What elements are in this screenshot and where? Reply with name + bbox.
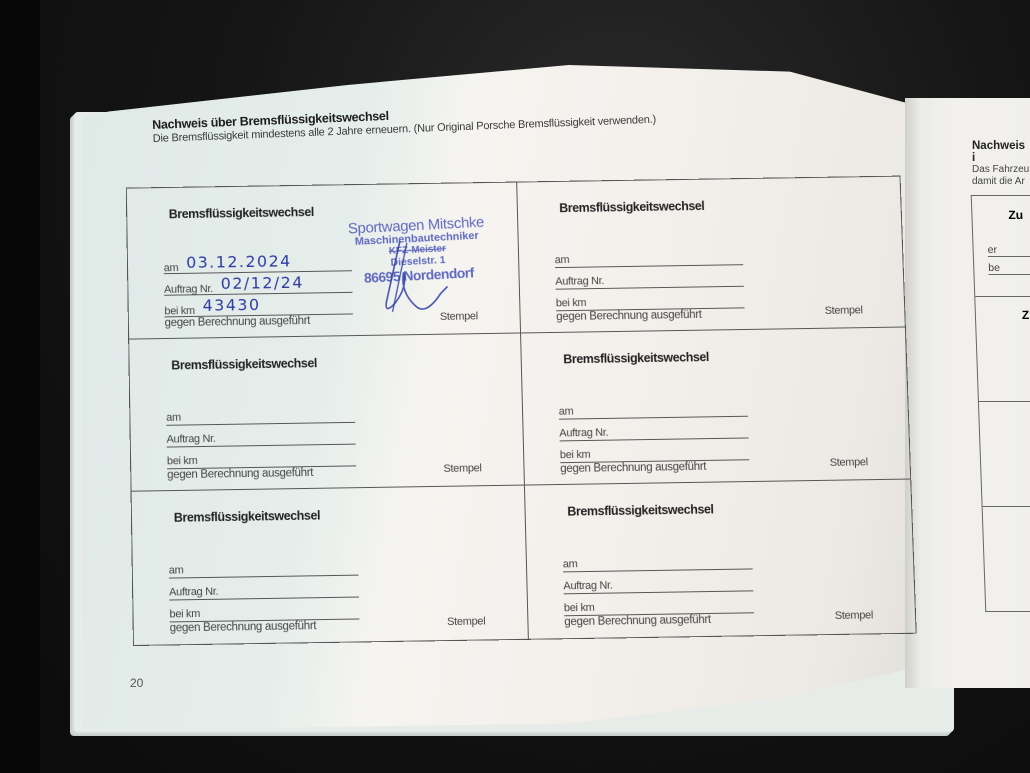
order-number-field[interactable]: Auftrag Nr. (555, 269, 744, 290)
entry-title: Bremsflüssigkeitswechsel (174, 509, 320, 525)
charged-label: gegen Berechnung ausgeführt (556, 309, 702, 323)
date-field[interactable]: am (554, 248, 743, 269)
service-record-grid: Bremsflüssigkeitswechsel am03.12.2024 Au… (126, 176, 917, 646)
stamp-label: Stempel (835, 609, 874, 622)
charged-label: gegen Berechnung ausgeführt (560, 461, 706, 475)
stamp-label: Stempel (443, 462, 481, 474)
mileage-value: 43430 (202, 295, 260, 315)
order-number-field[interactable]: Auftrag Nr. (166, 427, 355, 448)
stamp-label: Stempel (447, 616, 486, 629)
date-label: am (169, 564, 184, 576)
date-field[interactable]: am (563, 552, 753, 573)
mileage-label: bei km (564, 602, 595, 614)
mileage-field[interactable]: bei km (564, 595, 754, 616)
charged-label: gegen Berechnung ausgeführt (564, 614, 711, 628)
right-page-subtitle-2: damit die Ar (972, 176, 1030, 188)
right-page-title: Nachweis i (972, 140, 1030, 164)
entry-title: Bremsflüssigkeitswechsel (169, 205, 314, 221)
mileage-label: bei km (560, 449, 591, 461)
date-label: am (559, 406, 574, 418)
right-box-divider (979, 401, 1030, 402)
mileage-label: bei km (164, 305, 195, 317)
entry-title: Bremsflüssigkeitswechsel (563, 350, 709, 366)
date-label: am (555, 254, 570, 266)
signature-icon (355, 232, 466, 322)
entry-title: Bremsflüssigkeitswechsel (171, 356, 317, 372)
date-field[interactable]: am (166, 405, 355, 426)
order-number-label: Auftrag Nr. (559, 427, 608, 440)
background-dark-edge (0, 0, 40, 773)
right-box-divider (983, 506, 1030, 507)
order-number-field[interactable]: Auftrag Nr. (559, 421, 748, 442)
service-entry: Bremsflüssigkeitswechsel am Auftrag Nr. … (517, 177, 905, 334)
right-box-field-2: be (988, 262, 1030, 275)
service-entry: Bremsflüssigkeitswechsel am Auftrag Nr. … (525, 480, 916, 639)
mileage-field[interactable]: bei km43430 (164, 297, 353, 318)
entry-title: Bremsflüssigkeitswechsel (567, 502, 714, 518)
right-page-header: Nachweis i Das Fahrzeu damit die Ar (972, 140, 1030, 188)
service-entry: Bremsflüssigkeitswechsel am Auftrag Nr. … (129, 333, 525, 491)
mileage-field[interactable]: bei km (167, 449, 356, 470)
mileage-label: bei km (556, 297, 587, 309)
entry-title: Bremsflüssigkeitswechsel (559, 199, 704, 215)
order-number-label: Auftrag Nr. (555, 275, 604, 288)
stamp-label: Stempel (830, 456, 868, 468)
order-number-field[interactable]: Auftrag Nr. (169, 580, 359, 601)
mileage-label: bei km (167, 455, 198, 467)
order-number-label: Auftrag Nr. (166, 433, 215, 446)
stamp-label: Stempel (824, 305, 862, 317)
date-field[interactable]: am (558, 399, 747, 420)
date-label: am (563, 558, 578, 570)
order-number-value: 02/12/24 (221, 273, 304, 293)
right-box-divider (975, 296, 1030, 297)
right-box-field-1: er (987, 244, 1030, 257)
order-number-label: Auftrag Nr. (563, 580, 613, 593)
mileage-field[interactable]: bei km (556, 291, 745, 312)
right-page-subtitle-1: Das Fahrzeu (972, 164, 1030, 176)
date-value: 03.12.2024 (186, 252, 292, 272)
order-number-field[interactable]: Auftrag Nr. (563, 573, 753, 594)
service-entry: Bremsflüssigkeitswechsel am Auftrag Nr. … (132, 486, 529, 645)
date-label: am (166, 412, 181, 424)
page-number: 20 (130, 676, 143, 690)
mileage-label: bei km (169, 608, 200, 620)
mileage-field[interactable]: bei km (169, 602, 359, 623)
service-entry: Bremsflüssigkeitswechsel am03.12.2024 Au… (127, 183, 521, 340)
date-field[interactable]: am (169, 558, 359, 579)
charged-label: gegen Berechnung ausgeführt (167, 467, 313, 481)
right-box-title: Zu (1008, 208, 1023, 222)
date-field[interactable]: am03.12.2024 (164, 254, 352, 275)
charged-label: gegen Berechnung ausgeführt (165, 315, 311, 329)
order-number-field[interactable]: Auftrag Nr.02/12/24 (164, 275, 353, 296)
date-label: am (164, 262, 179, 274)
charged-label: gegen Berechnung ausgeführt (170, 620, 317, 634)
mileage-field[interactable]: bei km (560, 442, 750, 463)
service-entry: Bremsflüssigkeitswechsel am Auftrag Nr. … (521, 327, 910, 485)
order-number-label: Auftrag Nr. (164, 283, 213, 296)
right-box-title-2: Z (1022, 308, 1030, 322)
order-number-label: Auftrag Nr. (169, 586, 218, 599)
